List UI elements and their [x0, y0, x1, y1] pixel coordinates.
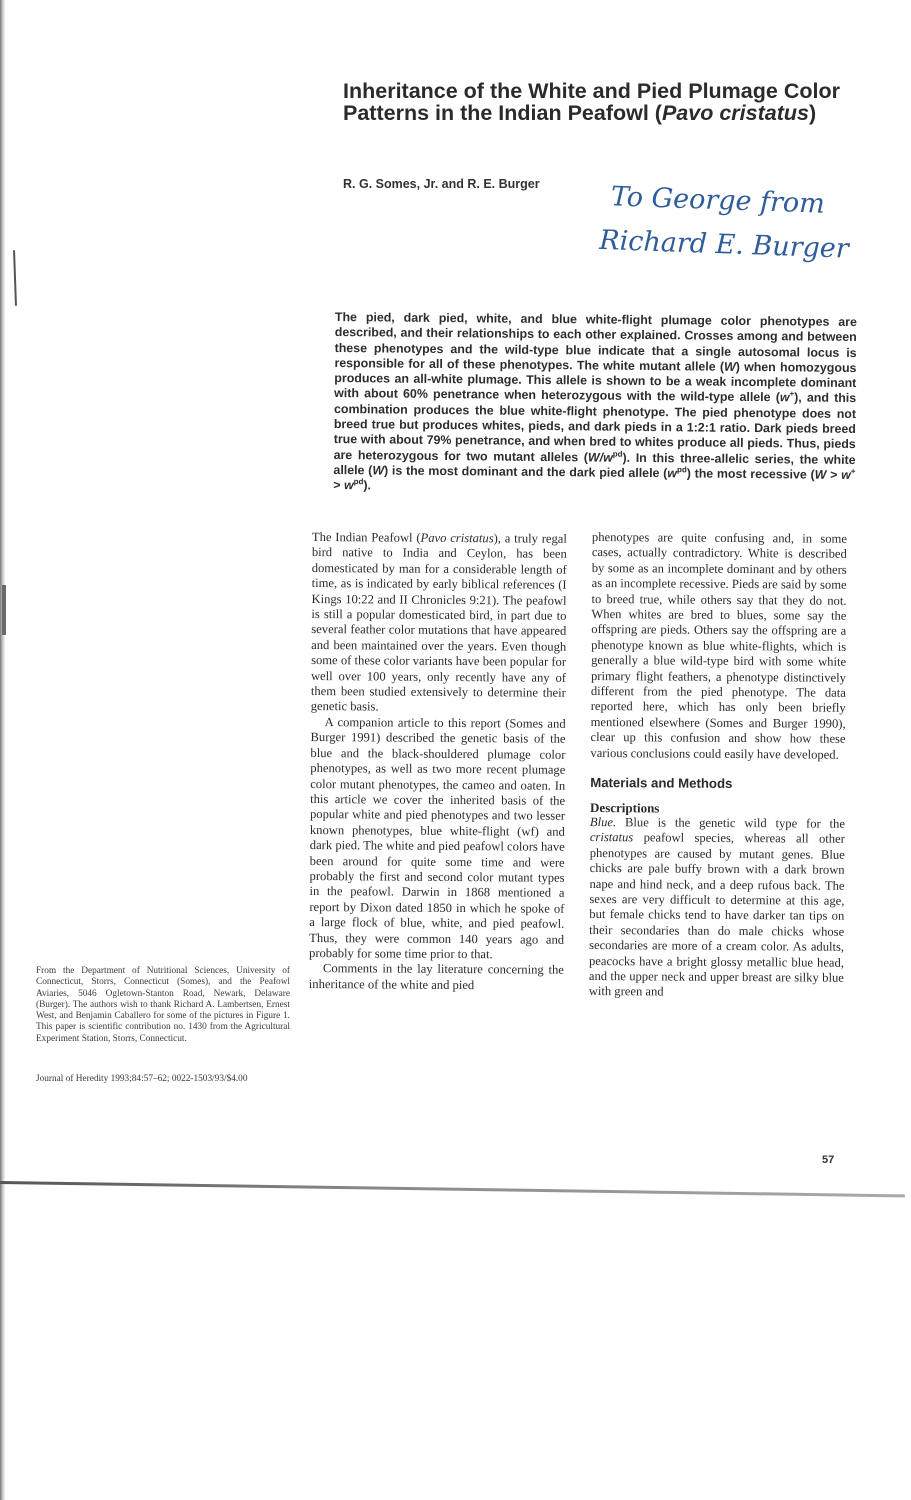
margin-pen-mark	[13, 250, 17, 306]
body-column-2: phenotypes are quite confusing and, in s…	[589, 530, 847, 1002]
journal-citation: Journal of Heredity 1993;84:57–62; 0022-…	[36, 1074, 296, 1084]
article-title: Inheritance of the White and Pied Plumag…	[343, 80, 863, 124]
blue-description-paragraph: Blue. Blue is the genetic wild type for …	[589, 815, 845, 1002]
intro-paragraph-1: The Indian Peafowl (Pavo cristatus), a t…	[311, 530, 567, 717]
page-bottom-edge	[0, 1181, 905, 1197]
handwritten-inscription: To George from Richard E. Burger	[599, 175, 892, 273]
page-binding-mark	[2, 585, 6, 635]
subsection-heading-descriptions: Descriptions	[590, 799, 845, 816]
intro-paragraph-3: Comments in the lay literature concernin…	[309, 961, 564, 994]
page-number: 57	[822, 1154, 834, 1166]
intro-paragraph-2: A companion article to this report (Some…	[309, 715, 566, 963]
abstract: The pied, dark pied, white, and blue whi…	[333, 310, 857, 499]
section-heading-materials-methods: Materials and Methods	[590, 775, 845, 792]
affiliation-footnote: From the Department of Nutritional Scien…	[36, 966, 290, 1045]
body-column-1: The Indian Peafowl (Pavo cristatus), a t…	[309, 530, 567, 994]
page-left-edge-shadow	[0, 0, 5, 1500]
inscription-line-2: Richard E. Burger	[599, 219, 890, 273]
article-authors: R. G. Somes, Jr. and R. E. Burger	[343, 177, 540, 191]
intro-paragraph-3-continued: phenotypes are quite confusing and, in s…	[590, 530, 847, 763]
